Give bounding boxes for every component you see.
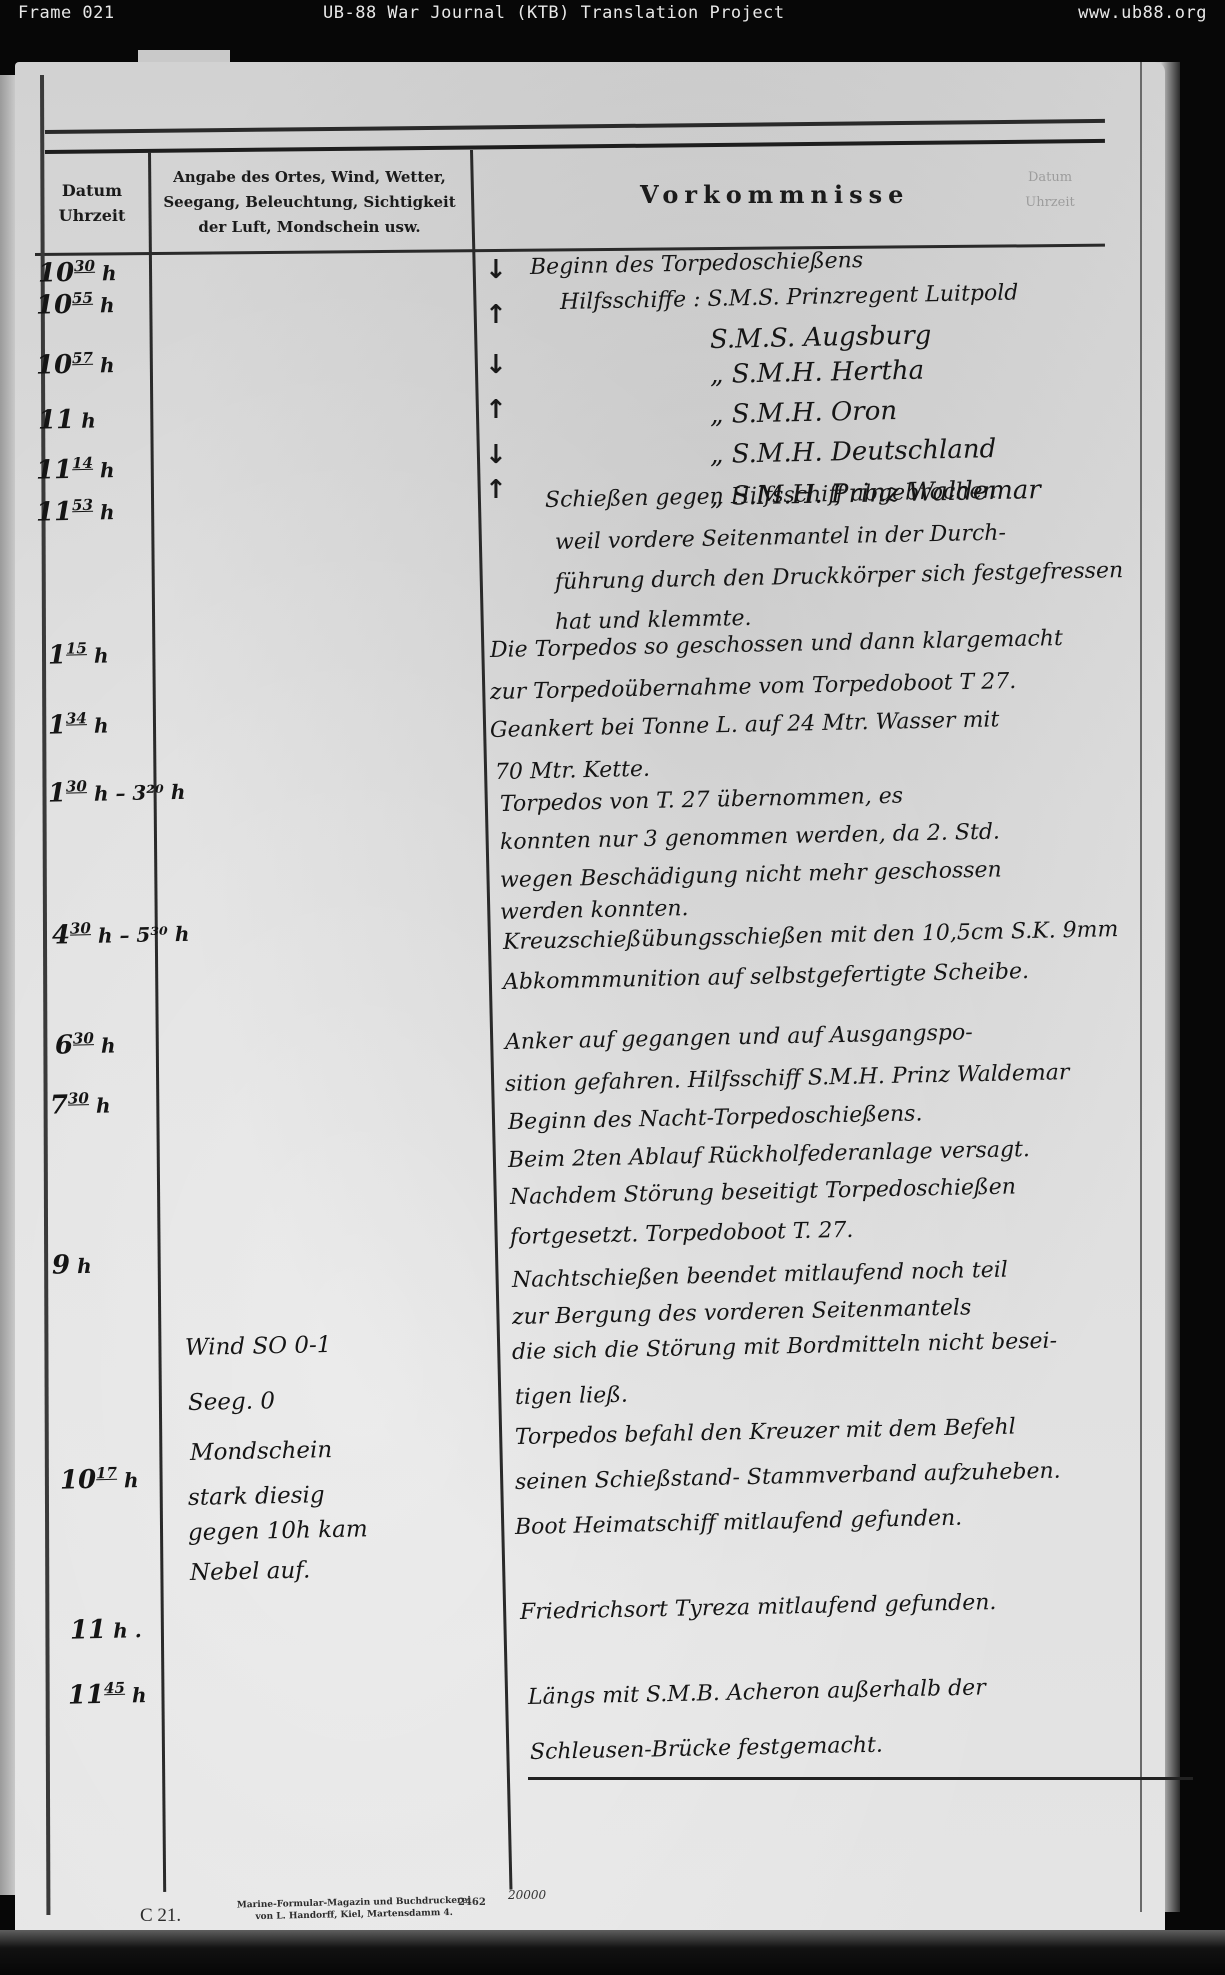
- ghost-line1: Datum: [1020, 165, 1080, 190]
- journal-entry-line: S.M.S. Augsburg: [710, 320, 932, 355]
- journal-entry-line: „ S.M.H. Deutschland: [710, 434, 997, 470]
- journal-page: [15, 62, 1165, 1930]
- journal-entry-line: tigen ließ.: [515, 1383, 628, 1410]
- weather-note-line: Wind SO 0-1: [185, 1332, 332, 1361]
- arrow-up-icon: ↑: [485, 475, 507, 505]
- arrow-up-icon: ↑: [485, 395, 507, 425]
- header-vorkommnisse: Vorkommnisse: [640, 180, 940, 209]
- header-datum: Datum Uhrzeit: [52, 178, 132, 228]
- journal-entry-line: „ S.M.H. Hertha: [710, 356, 925, 390]
- journal-entry-line: „ S.M.H. Oron: [710, 396, 898, 430]
- header-datum-line1: Datum: [52, 178, 132, 203]
- print-number: 2462: [458, 1897, 486, 1908]
- time-entry: 11 h: [38, 404, 96, 436]
- entry-end-rule: [528, 1777, 1193, 1780]
- weather-note-line: Seeg. 0: [188, 1388, 275, 1416]
- journal-entry-line: werden konnten.: [500, 896, 689, 925]
- header-bleedthrough: Datum Uhrzeit: [1020, 165, 1080, 215]
- time-entry: 115 h: [48, 639, 109, 671]
- time-entry: 1057 h: [36, 348, 115, 380]
- right-margin-rule: [1140, 62, 1142, 1912]
- time-entry: 134 h: [48, 709, 109, 741]
- time-entry: 1153 h: [36, 495, 115, 527]
- time-entry: 1145 h: [68, 1678, 147, 1710]
- form-code: C 21.: [140, 1905, 181, 1927]
- time-entry: 9 h: [52, 1249, 92, 1280]
- project-title: UB-88 War Journal (KTB) Translation Proj…: [323, 3, 785, 23]
- time-entry: 1114 h: [36, 453, 115, 485]
- header-angabe: Angabe des Ortes, Wind, Wetter, Seegang,…: [152, 165, 467, 240]
- bottom-shadow: [0, 1930, 1225, 1975]
- time-entry: 1030 h: [38, 256, 117, 288]
- time-entry: 1017 h: [60, 1463, 139, 1495]
- time-entry: 730 h: [50, 1089, 111, 1121]
- ghost-line2: Uhrzeit: [1020, 190, 1080, 215]
- journal-entry-line: hat und klemmte.: [555, 606, 752, 635]
- time-entry: 430 h – 5³⁰ h: [52, 917, 190, 951]
- time-entry: 630 h: [55, 1029, 116, 1061]
- frame-label: Frame 021: [18, 3, 115, 23]
- arrow-down-icon: ↓: [485, 255, 507, 285]
- arrow-up-icon: ↑: [485, 300, 507, 330]
- journal-entry-line: 70 Mtr. Kette.: [495, 757, 650, 785]
- weather-note-line: gegen 10h kam: [188, 1516, 368, 1546]
- weather-note-line: Nebel auf.: [190, 1557, 311, 1586]
- arrow-down-icon: ↓: [485, 440, 507, 470]
- time-entry: 11 h .: [70, 1614, 142, 1646]
- header-datum-line2: Uhrzeit: [52, 203, 132, 228]
- site-url: www.ub88.org: [1078, 3, 1207, 23]
- time-entry: 1055 h: [36, 288, 115, 320]
- weather-note-line: Mondschein: [190, 1437, 333, 1466]
- arrow-down-icon: ↓: [485, 350, 507, 380]
- weather-note-line: stark diesig: [188, 1482, 325, 1511]
- top-banner: Frame 021 UB-88 War Journal (KTB) Transl…: [0, 0, 1225, 28]
- print-run: 20000: [508, 1888, 546, 1902]
- time-entry: 130 h – 3²⁰ h: [48, 775, 186, 809]
